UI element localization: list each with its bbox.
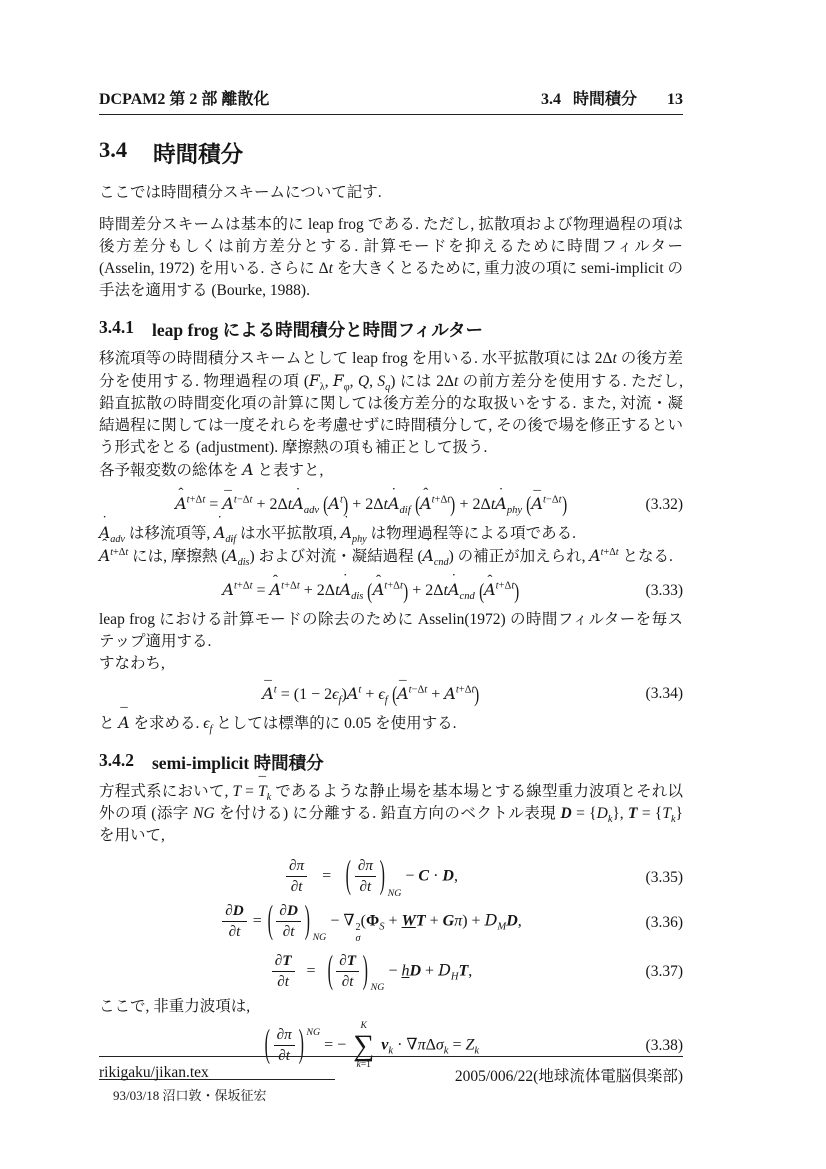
equation-number: (3.35) [646,869,683,887]
section-number: 3.4 [99,137,127,169]
subsection-title: leap frog による時間積分と時間フィルター [152,317,483,342]
line-variables-intro: 各予報変数の総体を A と表すと, [99,459,683,482]
line-sunawachi: すなわち, [99,653,683,675]
paragraph-epsilon: と ¯A を求める. ϵf としては標準的に 0.05 を使用する. [99,712,683,735]
subsection-title: semi-implicit 時間積分 [152,750,324,775]
running-header-section-title: 時間積分 [573,86,637,109]
section-title: 時間積分 [153,137,243,169]
paragraph-leapfrog: 移流項等の時間積分スキームとして leap frog を用いる. 水平拡散項には… [99,348,683,459]
running-header-section-number: 3.4 [541,91,561,109]
footer-right: 2005/006/22(地球流体電脳倶楽部) [455,1064,683,1086]
equation-3-33: At+Δt = ˆAt+Δt + 2Δt˙Adis (ˆAt+Δt) + 2Δt… [99,580,683,601]
page-number: 13 [667,91,683,109]
paragraph-intro: ここでは時間積分スキームについて記す. [99,182,683,204]
running-header: DCPAM2 第 2 部 離散化 3.4 時間積分 13 [99,86,683,115]
equation-number: (3.34) [646,685,683,703]
paragraph-semi-implicit: 方程式系において, T = ¯Tk であるような静止場を基本場とする線型重力波項… [99,781,683,847]
subsection-number: 3.4.1 [99,317,134,342]
equation-number: (3.36) [646,914,683,932]
paragraph-asselin-filter: leap frog における計算モードの除去のために Asselin(1972)… [99,609,683,653]
equation-3-36: ∂D∂t = (∂D∂t)NG − ∇2σ(ΦS + WT + Gπ) + DM… [99,902,683,945]
equation-3-37: ∂T∂t = (∂T∂t)NG − hD + DHT, (3.37) [99,952,683,994]
equation-formula: ∂π∂t = (∂π∂t)NG − C · D, [99,857,683,899]
line-correction-note: ˆAt+Δt には, 摩擦熱 (˙Adis) および対流・凝結過程 (˙Acnd… [99,545,683,568]
subsection-3-4-1-heading: 3.4.1 leap frog による時間積分と時間フィルター [99,317,683,342]
equation-3-34: ¯At = (1 − 2ϵf)At + ϵf (¯At−Δt + At+Δt) … [99,684,683,705]
document-page: DCPAM2 第 2 部 離散化 3.4 時間積分 13 3.4 時間積分 ここ… [0,0,826,1169]
section-heading: 3.4 時間積分 [99,137,683,169]
equation-number: (3.37) [646,963,683,981]
equation-formula: At+Δt = ˆAt+Δt + 2Δt˙Adis (ˆAt+Δt) + 2Δt… [99,580,683,601]
running-header-left: DCPAM2 第 2 部 離散化 [99,86,541,109]
paragraph-scheme: 時間差分スキームは基本的に leap frog である. ただし, 拡散項および… [99,214,683,302]
equation-number: (3.32) [646,496,683,514]
footer-left: rikigaku/jikan.tex [99,1064,209,1086]
page-content: DCPAM2 第 2 部 離散化 3.4 時間積分 13 3.4 時間積分 ここ… [99,86,683,1104]
line-nongravity-intro: ここで, 非重力波項は, [99,996,683,1018]
running-header-right: 3.4 時間積分 13 [541,86,683,109]
equation-number: (3.38) [646,1037,683,1055]
equation-number: (3.33) [646,582,683,600]
footnote-text: 93/03/18 沼口敦・保坂征宏 [99,1085,683,1104]
line-term-definitions: ˙Aadv は移流項等, ˙Adif は水平拡散項, ˙Aphy は物理過程等に… [99,522,683,545]
equation-formula: ∂T∂t = (∂T∂t)NG − hD + DHT, [99,952,683,994]
equation-formula: ˆAt+Δt = ¯At−Δt + 2Δt˙Aadv (At) + 2Δt˙Ad… [99,494,683,515]
equation-3-32: ˆAt+Δt = ¯At−Δt + 2Δt˙Aadv (At) + 2Δt˙Ad… [99,494,683,515]
subsection-3-4-2-heading: 3.4.2 semi-implicit 時間積分 [99,750,683,775]
equation-formula: ∂D∂t = (∂D∂t)NG − ∇2σ(ΦS + WT + Gπ) + DM… [99,902,683,945]
subsection-number: 3.4.2 [99,750,134,775]
equation-3-35: ∂π∂t = (∂π∂t)NG − C · D, (3.35) [99,857,683,899]
page-footer: rikigaku/jikan.tex 2005/006/22(地球流体電脳倶楽部… [99,1056,683,1086]
equation-formula: ¯At = (1 − 2ϵf)At + ϵf (¯At−Δt + At+Δt) [99,684,683,705]
